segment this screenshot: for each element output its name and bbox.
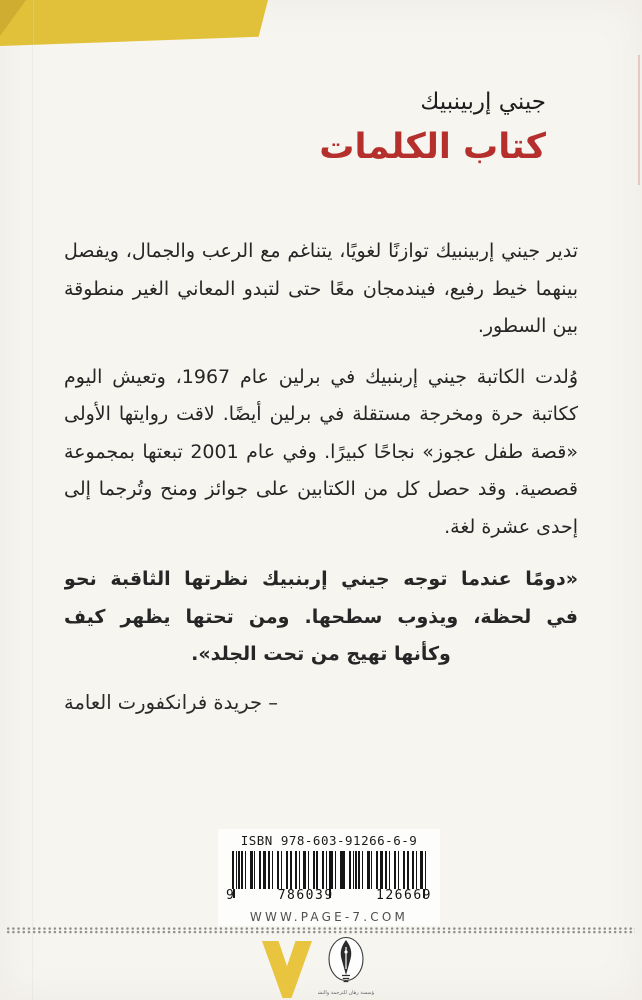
barcode-digit-lead: 9 xyxy=(224,889,237,903)
bio-line: «قصة طفل عجوز» نجاحًا كبيرًا. وفي عام 20… xyxy=(64,434,578,472)
author-bio-paragraph: وُلدت الكاتبة جيني إربنبيك في برلين عام … xyxy=(64,359,578,547)
blurb-line: تدير جيني إربينبيك توازنًا لغويًا، يتناغ… xyxy=(64,233,578,271)
quote-line: «دومًا عندما توجه جيني إربنبيك نظرتها ال… xyxy=(64,561,578,599)
publisher-logo-icon: مؤسسة رهان للترجمة والنشر xyxy=(318,933,374,997)
author-name: جيني إربينبيك xyxy=(319,85,546,119)
isbn-barcode-block: ISBN 978-603-91266-6-9 9 786039 126669 W… xyxy=(218,829,440,926)
barcode-guard-bar xyxy=(329,889,331,898)
quote-line: في لحظة، ويذوب سطحها. ومن تحتها يظهر كيف… xyxy=(64,599,578,637)
barcode-guard-bar xyxy=(423,889,425,898)
barcode-digit-group: 786039 xyxy=(276,889,336,903)
isbn-label: ISBN 978-603-91266-6-9 xyxy=(218,833,440,848)
barcode-guard-bar xyxy=(233,889,235,898)
paper-crease xyxy=(32,0,34,1000)
publisher-caption: مؤسسة رهان للترجمة والنشر xyxy=(318,990,374,996)
barcode-icon xyxy=(232,851,426,889)
v-chevron-logo-icon xyxy=(262,941,312,998)
blurb-line: بينهما خيط رفيع، فيندمجان معًا حتى لتبدو… xyxy=(64,271,578,309)
bio-line: وُلدت الكاتبة جيني إربنبيك في برلين عام … xyxy=(64,359,578,397)
press-quote-paragraph: «دومًا عندما توجه جيني إربنبيك نظرتها ال… xyxy=(64,561,578,674)
cover-header: جيني إربينبيك كتاب الكلمات xyxy=(319,85,546,170)
yellow-corner-block xyxy=(0,0,268,46)
blurb-line: بين السطور. xyxy=(64,308,578,346)
bio-line: قصصية. وقد حصل كل من الكتابين على جوائز … xyxy=(64,471,578,509)
blurb-column: تدير جيني إربينبيك توازنًا لغويًا، يتناغ… xyxy=(64,233,578,714)
bio-line: ككاتبة حرة ومخرجة مستقلة في برلين أيضًا.… xyxy=(64,396,578,434)
page-edge-tint xyxy=(638,55,640,185)
bio-line: إحدى عشرة لغة. xyxy=(64,509,578,547)
book-back-cover: جيني إربينبيك كتاب الكلمات تدير جيني إرب… xyxy=(0,0,642,1000)
blurb-paragraph-1: تدير جيني إربينبيك توازنًا لغويًا، يتناغ… xyxy=(64,233,578,346)
quote-line: وكأنها تهيج من تحت الجلد». xyxy=(64,636,578,674)
publisher-website: WWW.PAGE-7.COM xyxy=(218,910,440,924)
book-title: كتاب الكلمات xyxy=(319,124,546,170)
quote-attribution: – جريدة فرانكفورت العامة xyxy=(64,691,578,714)
